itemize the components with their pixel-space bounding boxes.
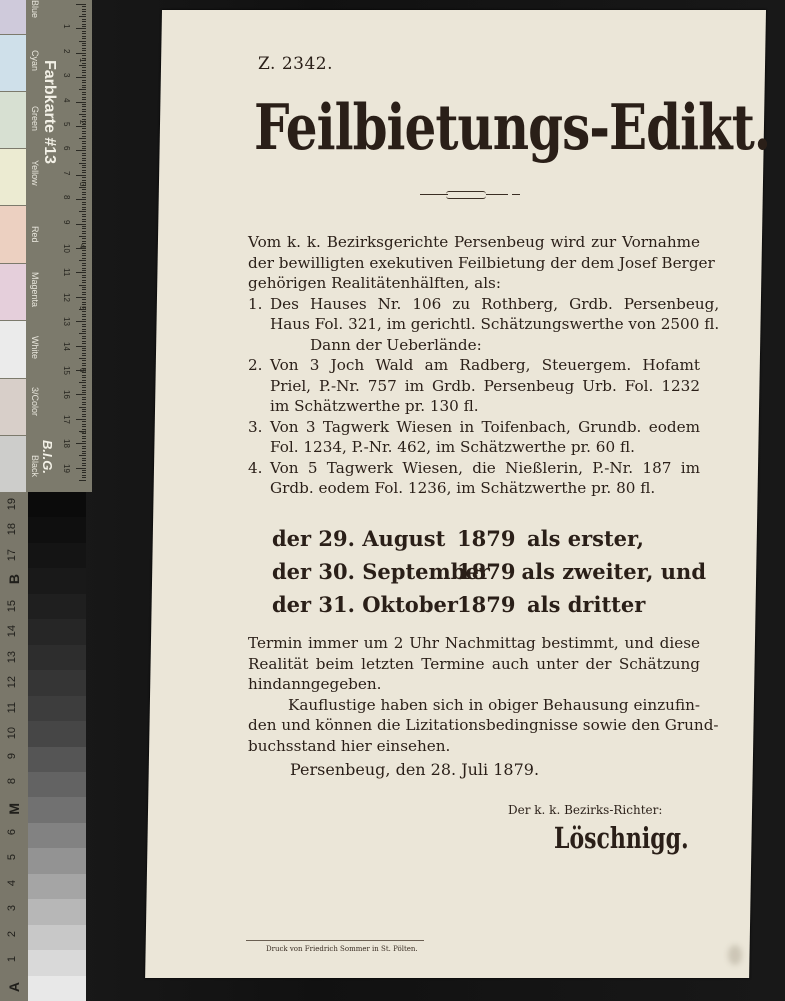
intro-line: gehörigen Realitätenhälften, als: xyxy=(248,273,700,294)
ruler-tick xyxy=(79,16,86,17)
ruler-tick xyxy=(82,331,86,332)
ruler-tick xyxy=(82,197,86,198)
ruler-tick xyxy=(82,416,86,417)
swatch-labels: Blue Cyan Green Yellow Red Magenta White… xyxy=(26,0,40,492)
swatch-label: Yellow xyxy=(26,160,40,186)
ruler-tick xyxy=(82,167,86,168)
ruler-tick xyxy=(76,126,86,127)
ruler-tick xyxy=(76,346,86,347)
ruler-tick xyxy=(82,106,86,107)
ruler-tick xyxy=(79,260,86,261)
ruler-tick xyxy=(82,133,86,134)
grey-patch xyxy=(28,492,86,518)
ruler-tick xyxy=(82,219,86,220)
ruler-tick xyxy=(82,292,86,293)
ruler-tick xyxy=(82,460,86,461)
ruler-cm-label: 4 xyxy=(62,98,71,102)
subheading: Dann der Ueberlände: xyxy=(248,335,700,356)
ruler-tick xyxy=(76,53,86,54)
grey-scale-label: A xyxy=(6,982,24,992)
ruler-tick xyxy=(82,177,86,178)
grey-patch xyxy=(28,874,86,900)
ruler-tick xyxy=(79,65,86,66)
ruler-tick xyxy=(82,92,86,93)
swatch-3color xyxy=(0,379,26,435)
ruler-tick xyxy=(82,363,86,364)
ruler-tick xyxy=(79,382,86,383)
grey-patch xyxy=(28,568,86,594)
ruler-tick xyxy=(82,316,86,317)
grey-scale-label: 15 xyxy=(6,600,24,612)
ruler-tick xyxy=(82,311,86,312)
ruler-tick xyxy=(76,394,86,395)
ruler-tick xyxy=(82,21,86,22)
grey-patch xyxy=(28,976,86,1001)
ruler-tick xyxy=(79,333,86,334)
ruler-tick xyxy=(82,409,86,410)
ruler-tick xyxy=(82,87,86,88)
ruler-tick xyxy=(82,31,86,32)
ruler-tick xyxy=(82,80,86,81)
ruler-inch-label: 2 xyxy=(78,120,87,124)
list-item-1: 1. Des Hauses Nr. 106 zu Rothberg, Grdb.… xyxy=(248,294,700,335)
chart-title: Farbkarte #13 xyxy=(40,60,58,164)
ruler-tick xyxy=(82,209,86,210)
ruler-tick xyxy=(82,397,86,398)
grey-scale-labels: 191817B15141312111098M654321A xyxy=(0,492,28,1001)
ruler-tick xyxy=(82,470,86,471)
ruler-tick xyxy=(76,102,86,103)
ruler-tick xyxy=(82,348,86,349)
ruler-tick xyxy=(82,441,86,442)
ruler-cm-label: 2 xyxy=(62,49,71,53)
ruler-tick xyxy=(82,233,86,234)
grey-scale-label: 19 xyxy=(6,498,24,510)
ruler-tick xyxy=(82,341,86,342)
ruler-tick xyxy=(82,204,86,205)
ruler-tick xyxy=(82,446,86,447)
swatch-cyan xyxy=(0,35,26,91)
ruler-tick xyxy=(82,451,86,452)
list-item-2: 2. Von 3 Joch Wald am Radberg, Steuergem… xyxy=(248,355,700,417)
ruler-tick xyxy=(82,70,86,71)
ruler-tick xyxy=(82,99,86,100)
ruler-tick xyxy=(82,24,86,25)
grey-scale-label: 10 xyxy=(6,727,24,739)
ruler-tick xyxy=(82,338,86,339)
swatch-label: Blue xyxy=(26,0,40,18)
ruler-tick xyxy=(79,163,86,164)
grey-scale-label: 18 xyxy=(6,523,24,535)
date-row: der 31. Oktober 1879 als dritter xyxy=(272,588,706,621)
ruler-tick xyxy=(82,438,86,439)
ruler-cm-label: 17 xyxy=(62,415,71,424)
ruler-cm-label: 6 xyxy=(62,146,71,150)
ruler-cm-label: 18 xyxy=(62,439,71,448)
ruler-cm-label: 3 xyxy=(62,73,71,77)
ruler-tick xyxy=(82,277,86,278)
ruler-tick xyxy=(82,280,86,281)
ruler-tick xyxy=(82,399,86,400)
ruler-tick xyxy=(76,150,86,151)
ruler-tick xyxy=(82,216,86,217)
ruler-tick xyxy=(82,392,86,393)
grey-scale-label: 12 xyxy=(6,676,24,688)
ruler-tick xyxy=(82,336,86,337)
printer-rule xyxy=(246,940,424,941)
ruler-tick xyxy=(82,324,86,325)
ruler-tick xyxy=(82,48,86,49)
grey-scale-label: 1 xyxy=(6,956,24,962)
ruler-tick xyxy=(82,148,86,149)
ruler-inch-label: 1 xyxy=(78,58,87,62)
intro-line: Vom k. k. Bezirksgerichte Persenbeug wir… xyxy=(248,232,700,253)
ruler-tick xyxy=(82,180,86,181)
ruler-cm-label: 9 xyxy=(62,220,71,224)
ruler-tick xyxy=(82,377,86,378)
ruler-tick xyxy=(82,390,86,391)
ruler-tick xyxy=(82,63,86,64)
ruler-tick xyxy=(82,72,86,73)
ruler-tick xyxy=(82,289,86,290)
grey-scale-label: 8 xyxy=(6,778,24,784)
ruler-tick xyxy=(82,128,86,129)
ruler-tick xyxy=(82,55,86,56)
ruler-cm-label: 19 xyxy=(62,464,71,473)
ruler-tick xyxy=(82,131,86,132)
ruler-tick xyxy=(82,19,86,20)
ruler-tick xyxy=(82,326,86,327)
ruler-tick xyxy=(82,265,86,266)
ruler-tick xyxy=(79,89,86,90)
ruler-tick xyxy=(82,33,86,34)
swatch-yellow xyxy=(0,149,26,205)
ruler-tick xyxy=(82,263,86,264)
ruler-tick xyxy=(82,228,86,229)
ruler-tick xyxy=(82,194,86,195)
ruler-tick xyxy=(82,385,86,386)
grey-scale-label: 17 xyxy=(6,549,24,561)
auction-dates: der 29. August 1879 als erster, der 30. … xyxy=(272,522,706,621)
grey-patch xyxy=(28,747,86,773)
ruler-tick xyxy=(82,426,86,427)
ruler-cm-label: 15 xyxy=(62,366,71,375)
ruler-tick xyxy=(76,224,86,225)
ruler-tick xyxy=(82,253,86,254)
ruler-tick xyxy=(82,453,86,454)
edict-document: Z. 2342. Feilbietungs-Edikt. Vom k. k. B… xyxy=(162,10,766,978)
ruler-tick xyxy=(82,226,86,227)
date-row: der 30. September 1879 als zweiter, und xyxy=(272,555,706,588)
ruler-tick xyxy=(82,6,86,7)
ruler-tick xyxy=(79,138,86,139)
ruler-tick xyxy=(82,287,86,288)
ruler-tick xyxy=(82,45,86,46)
ruler-tick xyxy=(82,50,86,51)
ruler-tick xyxy=(82,160,86,161)
grey-patch xyxy=(28,696,86,722)
ruler-cm-label: 5 xyxy=(62,122,71,126)
ruler-tick xyxy=(82,111,86,112)
ruler-inch-label: 5 xyxy=(78,306,87,310)
ruler-tick xyxy=(82,241,86,242)
ruler-tick xyxy=(82,250,86,251)
ruler-tick xyxy=(79,358,86,359)
grey-patch xyxy=(28,517,86,543)
swatch-label: 3/Color xyxy=(26,387,40,416)
paper-stain xyxy=(728,945,742,965)
ruler-tick xyxy=(76,4,86,5)
ruler-tick xyxy=(82,192,86,193)
ruler-tick xyxy=(82,231,86,232)
ruler-tick xyxy=(82,75,86,76)
ruler-tick xyxy=(79,455,86,456)
swatch-green xyxy=(0,92,26,148)
ruler-tick xyxy=(76,77,86,78)
grey-patch xyxy=(28,925,86,951)
cm-ruler: 123456789101112131415161718191234567 xyxy=(60,0,86,492)
ruler-tick xyxy=(82,294,86,295)
ruler-tick xyxy=(82,9,86,10)
judge-signature: Löschnigg. xyxy=(554,822,689,856)
ruler-tick xyxy=(82,304,86,305)
intro-section: Vom k. k. Bezirksgerichte Persenbeug wir… xyxy=(248,232,700,499)
grey-scale-label: 5 xyxy=(6,854,24,860)
ruler-tick xyxy=(82,221,86,222)
ruler-tick xyxy=(82,170,86,171)
ruler-tick xyxy=(82,258,86,259)
grey-scale-patches xyxy=(28,492,86,1001)
swatch-label: Green xyxy=(26,106,40,131)
ruler-tick xyxy=(82,172,86,173)
ruler-tick xyxy=(76,419,86,420)
grey-scale-label: M xyxy=(6,803,24,815)
ruler-tick xyxy=(82,94,86,95)
grey-patch xyxy=(28,823,86,849)
ruler-tick xyxy=(82,189,86,190)
ruler-tick xyxy=(82,421,86,422)
swatch-white xyxy=(0,321,26,378)
ruler-tick xyxy=(82,270,86,271)
ruler-tick xyxy=(82,11,86,12)
ruler-tick xyxy=(82,255,86,256)
ruler-tick xyxy=(82,475,86,476)
grey-scale-label: 6 xyxy=(6,829,24,835)
ruler-tick xyxy=(82,97,86,98)
ruler-tick xyxy=(82,153,86,154)
grey-scale-label: 13 xyxy=(6,651,24,663)
ruler-tick xyxy=(76,175,86,176)
grey-scale-label: 9 xyxy=(6,753,24,759)
swatch-label: Black xyxy=(26,455,40,477)
ruler-inch-label: 3 xyxy=(78,182,87,186)
ruler-tick xyxy=(82,353,86,354)
ruler-cm-label: 8 xyxy=(62,195,71,199)
ruler-cm-label: 12 xyxy=(62,293,71,302)
grey-scale-label: B xyxy=(6,574,24,584)
ruler-tick xyxy=(82,104,86,105)
ruler-tick xyxy=(82,372,86,373)
ruler-tick xyxy=(82,375,86,376)
grey-scale-label: 14 xyxy=(6,625,24,637)
ruler-tick xyxy=(76,199,86,200)
ruler-tick xyxy=(82,214,86,215)
ruler-tick xyxy=(79,407,86,408)
color-swatches xyxy=(0,0,26,492)
ruler-tick xyxy=(79,285,86,286)
ruler-inch-label: 7 xyxy=(78,430,87,434)
ruler-tick xyxy=(82,302,86,303)
ruler-tick xyxy=(82,67,86,68)
swatch-blue xyxy=(0,0,26,34)
ruler-inch-label: 4 xyxy=(78,244,87,248)
color-calibration-chart: Blue Cyan Green Yellow Red Magenta White… xyxy=(0,0,92,492)
ruler-inch-label: 6 xyxy=(78,368,87,372)
ruler-tick xyxy=(82,458,86,459)
grey-patch xyxy=(28,619,86,645)
ruler-tick xyxy=(79,211,86,212)
ruler-cm-label: 1 xyxy=(62,24,71,28)
ruler-tick xyxy=(82,282,86,283)
grey-patch xyxy=(28,721,86,747)
grey-patch xyxy=(28,594,86,620)
ruler-tick xyxy=(82,465,86,466)
ruler-tick xyxy=(82,38,86,39)
ruler-tick xyxy=(82,143,86,144)
ruler-tick xyxy=(79,480,86,481)
grey-scale-chart: 191817B15141312111098M654321A xyxy=(0,492,86,1001)
ruler-tick xyxy=(79,236,86,237)
ruler-tick xyxy=(82,141,86,142)
ruler-tick xyxy=(82,26,86,27)
ornament-divider xyxy=(420,190,520,198)
ruler-tick xyxy=(82,268,86,269)
ruler-tick xyxy=(82,404,86,405)
ruler-tick xyxy=(82,158,86,159)
swatch-label: Cyan xyxy=(26,50,40,71)
ruler-tick xyxy=(82,165,86,166)
ruler-tick xyxy=(76,443,86,444)
ruler-tick xyxy=(82,448,86,449)
document-title: Feilbietungs-Edikt. xyxy=(254,90,694,164)
ruler-tick xyxy=(82,314,86,315)
ruler-tick xyxy=(82,136,86,137)
ruler-tick xyxy=(82,402,86,403)
ruler-tick xyxy=(82,299,86,300)
ruler-tick xyxy=(82,472,86,473)
ruler-tick xyxy=(82,350,86,351)
swatch-magenta xyxy=(0,264,26,320)
ruler-tick xyxy=(82,380,86,381)
ruler-tick xyxy=(82,411,86,412)
ruler-tick xyxy=(82,355,86,356)
ruler-cm-label: 7 xyxy=(62,171,71,175)
ruler-tick xyxy=(82,387,86,388)
ruler-tick xyxy=(82,343,86,344)
intro-line: der bewilligten exekutiven Feilbietung d… xyxy=(248,253,700,274)
list-item-3: 3. Von 3 Tagwerk Wiesen in Toifenbach, G… xyxy=(248,417,700,458)
ruler-tick xyxy=(82,329,86,330)
grey-scale-label: 2 xyxy=(6,931,24,937)
swatch-label: Magenta xyxy=(26,272,40,307)
document-number: Z. 2342. xyxy=(258,54,333,74)
ruler-tick xyxy=(82,319,86,320)
swatch-label: White xyxy=(26,336,40,359)
ruler-tick xyxy=(82,43,86,44)
ruler-tick xyxy=(82,275,86,276)
ruler-tick xyxy=(79,114,86,115)
grey-scale-label: 11 xyxy=(6,702,24,713)
chart-brand: B.I.G. xyxy=(40,440,55,474)
terms-section: Termin immer um 2 Uhr Nachmittag bestimm… xyxy=(248,633,700,756)
ruler-tick xyxy=(82,207,86,208)
grey-patch xyxy=(28,899,86,925)
ruler-cm-label: 14 xyxy=(62,342,71,351)
place-and-date: Persenbeug, den 28. Juli 1879. xyxy=(290,760,539,779)
ruler-tick xyxy=(76,297,86,298)
ruler-tick xyxy=(76,321,86,322)
judge-title: Der k. k. Bezirks-Richter: xyxy=(508,803,662,817)
ruler-tick xyxy=(82,463,86,464)
ruler-tick xyxy=(82,365,86,366)
swatch-black xyxy=(0,436,26,492)
ruler-tick xyxy=(82,238,86,239)
swatch-red xyxy=(0,206,26,263)
grey-patch xyxy=(28,645,86,671)
grey-scale-label: 3 xyxy=(6,905,24,911)
ruler-cm-label: 11 xyxy=(62,268,71,276)
printer-imprint: Druck von Friedrich Sommer in St. Pölten… xyxy=(266,945,418,953)
grey-patch xyxy=(28,950,86,976)
ruler-tick xyxy=(82,82,86,83)
swatch-label: Red xyxy=(26,226,40,243)
ruler-tick xyxy=(82,36,86,37)
grey-patch xyxy=(28,670,86,696)
ruler-cm-label: 16 xyxy=(62,390,71,399)
ruler-tick xyxy=(82,360,86,361)
ruler-cm-label: 10 xyxy=(62,244,71,253)
ruler-tick xyxy=(82,85,86,86)
ruler-tick xyxy=(79,187,86,188)
ruler-tick xyxy=(76,28,86,29)
ruler-tick xyxy=(82,109,86,110)
ruler-tick xyxy=(82,424,86,425)
list-item-4: 4. Von 5 Tagwerk Wiesen, die Nießlerin, … xyxy=(248,458,700,499)
ruler-tick xyxy=(82,14,86,15)
grey-patch xyxy=(28,772,86,798)
ruler-cm-label: 13 xyxy=(62,317,71,326)
ruler-tick xyxy=(82,202,86,203)
ruler-tick xyxy=(76,468,86,469)
ruler-tick xyxy=(82,477,86,478)
ruler-tick xyxy=(82,116,86,117)
date-row: der 29. August 1879 als erster, xyxy=(272,522,706,555)
ruler-tick xyxy=(82,436,86,437)
ruler-tick xyxy=(82,146,86,147)
paper-sheet: Z. 2342. Feilbietungs-Edikt. Vom k. k. B… xyxy=(145,10,766,978)
ruler-tick xyxy=(82,155,86,156)
ruler-tick xyxy=(79,41,86,42)
ruler-tick xyxy=(76,272,86,273)
ruler-tick xyxy=(82,414,86,415)
grey-patch xyxy=(28,848,86,874)
grey-patch xyxy=(28,797,86,823)
grey-scale-label: 4 xyxy=(6,880,24,886)
grey-patch xyxy=(28,543,86,569)
